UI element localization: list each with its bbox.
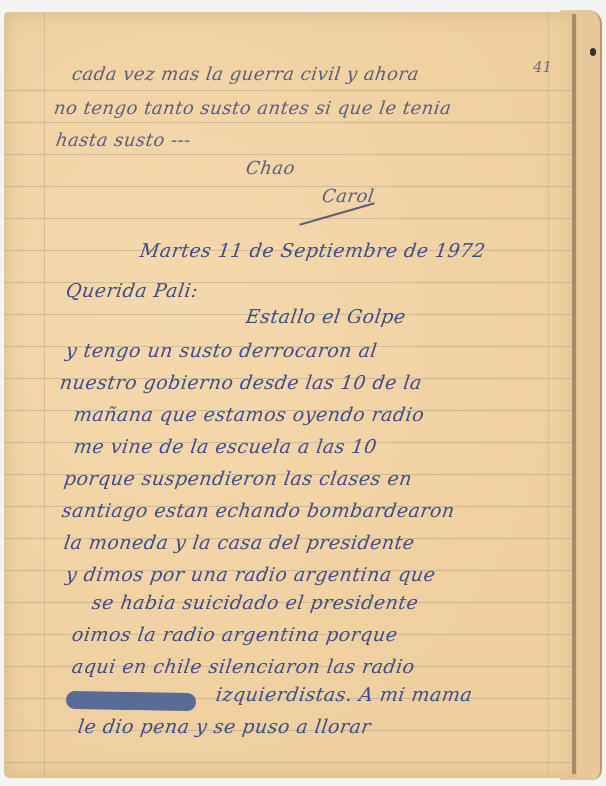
- page-binding-edge: [572, 14, 576, 774]
- letter-date: Martes 11 de Septiembre de 1972: [138, 240, 487, 262]
- left-margin-rule: [44, 12, 45, 778]
- handwritten-line: no tengo tanto susto antes si que le ten…: [53, 98, 453, 119]
- ruled-line: [4, 122, 574, 123]
- ruled-line: [4, 154, 574, 155]
- handwritten-line: la moneda y la casa del presidente: [62, 532, 416, 554]
- handwritten-line: izquierdistas. A mi mama: [214, 684, 473, 706]
- ruled-line: [4, 762, 574, 763]
- salutation: Querida Pali:: [64, 280, 199, 302]
- handwritten-line: cada vez mas la guerra civil y ahora: [71, 64, 421, 85]
- closing: Chao: [245, 158, 297, 179]
- handwritten-line: mañana que estamos oyendo radio: [72, 404, 425, 426]
- handwritten-line: le dio pena y se puso a llorar: [76, 716, 372, 738]
- handwritten-line: hasta susto ---: [55, 130, 193, 151]
- letter-heading: Estallo el Golpe: [244, 306, 407, 328]
- ruled-line: [4, 186, 574, 187]
- handwritten-line: nuestro gobierno desde las 10 de la: [58, 372, 423, 394]
- right-margin-rule: [548, 12, 549, 778]
- page-number: 41: [533, 58, 552, 76]
- handwritten-line: y dimos por una radio argentina que: [64, 564, 437, 586]
- ruled-line: [4, 90, 574, 91]
- handwritten-line: porque suspendieron las clases en: [62, 468, 413, 490]
- crossed-out-word: [66, 691, 196, 711]
- handwritten-line: me vine de la escuela a las 10: [72, 436, 378, 458]
- handwritten-line: y tengo un susto derrocaron al: [64, 340, 378, 362]
- handwritten-line: se habia suicidado el presidente: [90, 592, 419, 614]
- ruled-line: [4, 218, 574, 219]
- handwritten-line: oimos la radio argentina porque: [70, 624, 399, 646]
- handwritten-line: aqui en chile silenciaron las radio: [70, 656, 416, 678]
- binding-ring: [590, 48, 596, 56]
- handwritten-line: santiago estan echando bombardearon: [60, 500, 456, 522]
